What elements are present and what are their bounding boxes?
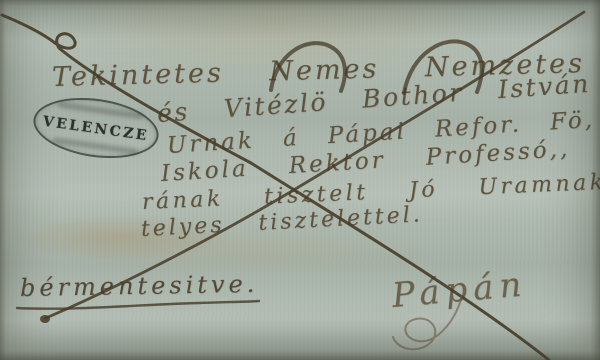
postmark-stamp: VELENCZE <box>30 91 163 166</box>
ink-blot <box>40 315 50 323</box>
destination-note: Pápán <box>390 264 529 316</box>
postmark-town-label: VELENCZE <box>42 114 150 145</box>
franking-underline <box>17 301 259 309</box>
letter-cover: VELENCZE Tekintetes Nemes Nemzetes és Vi… <box>0 0 600 360</box>
franking-note: bérmentesitve. <box>20 270 259 302</box>
